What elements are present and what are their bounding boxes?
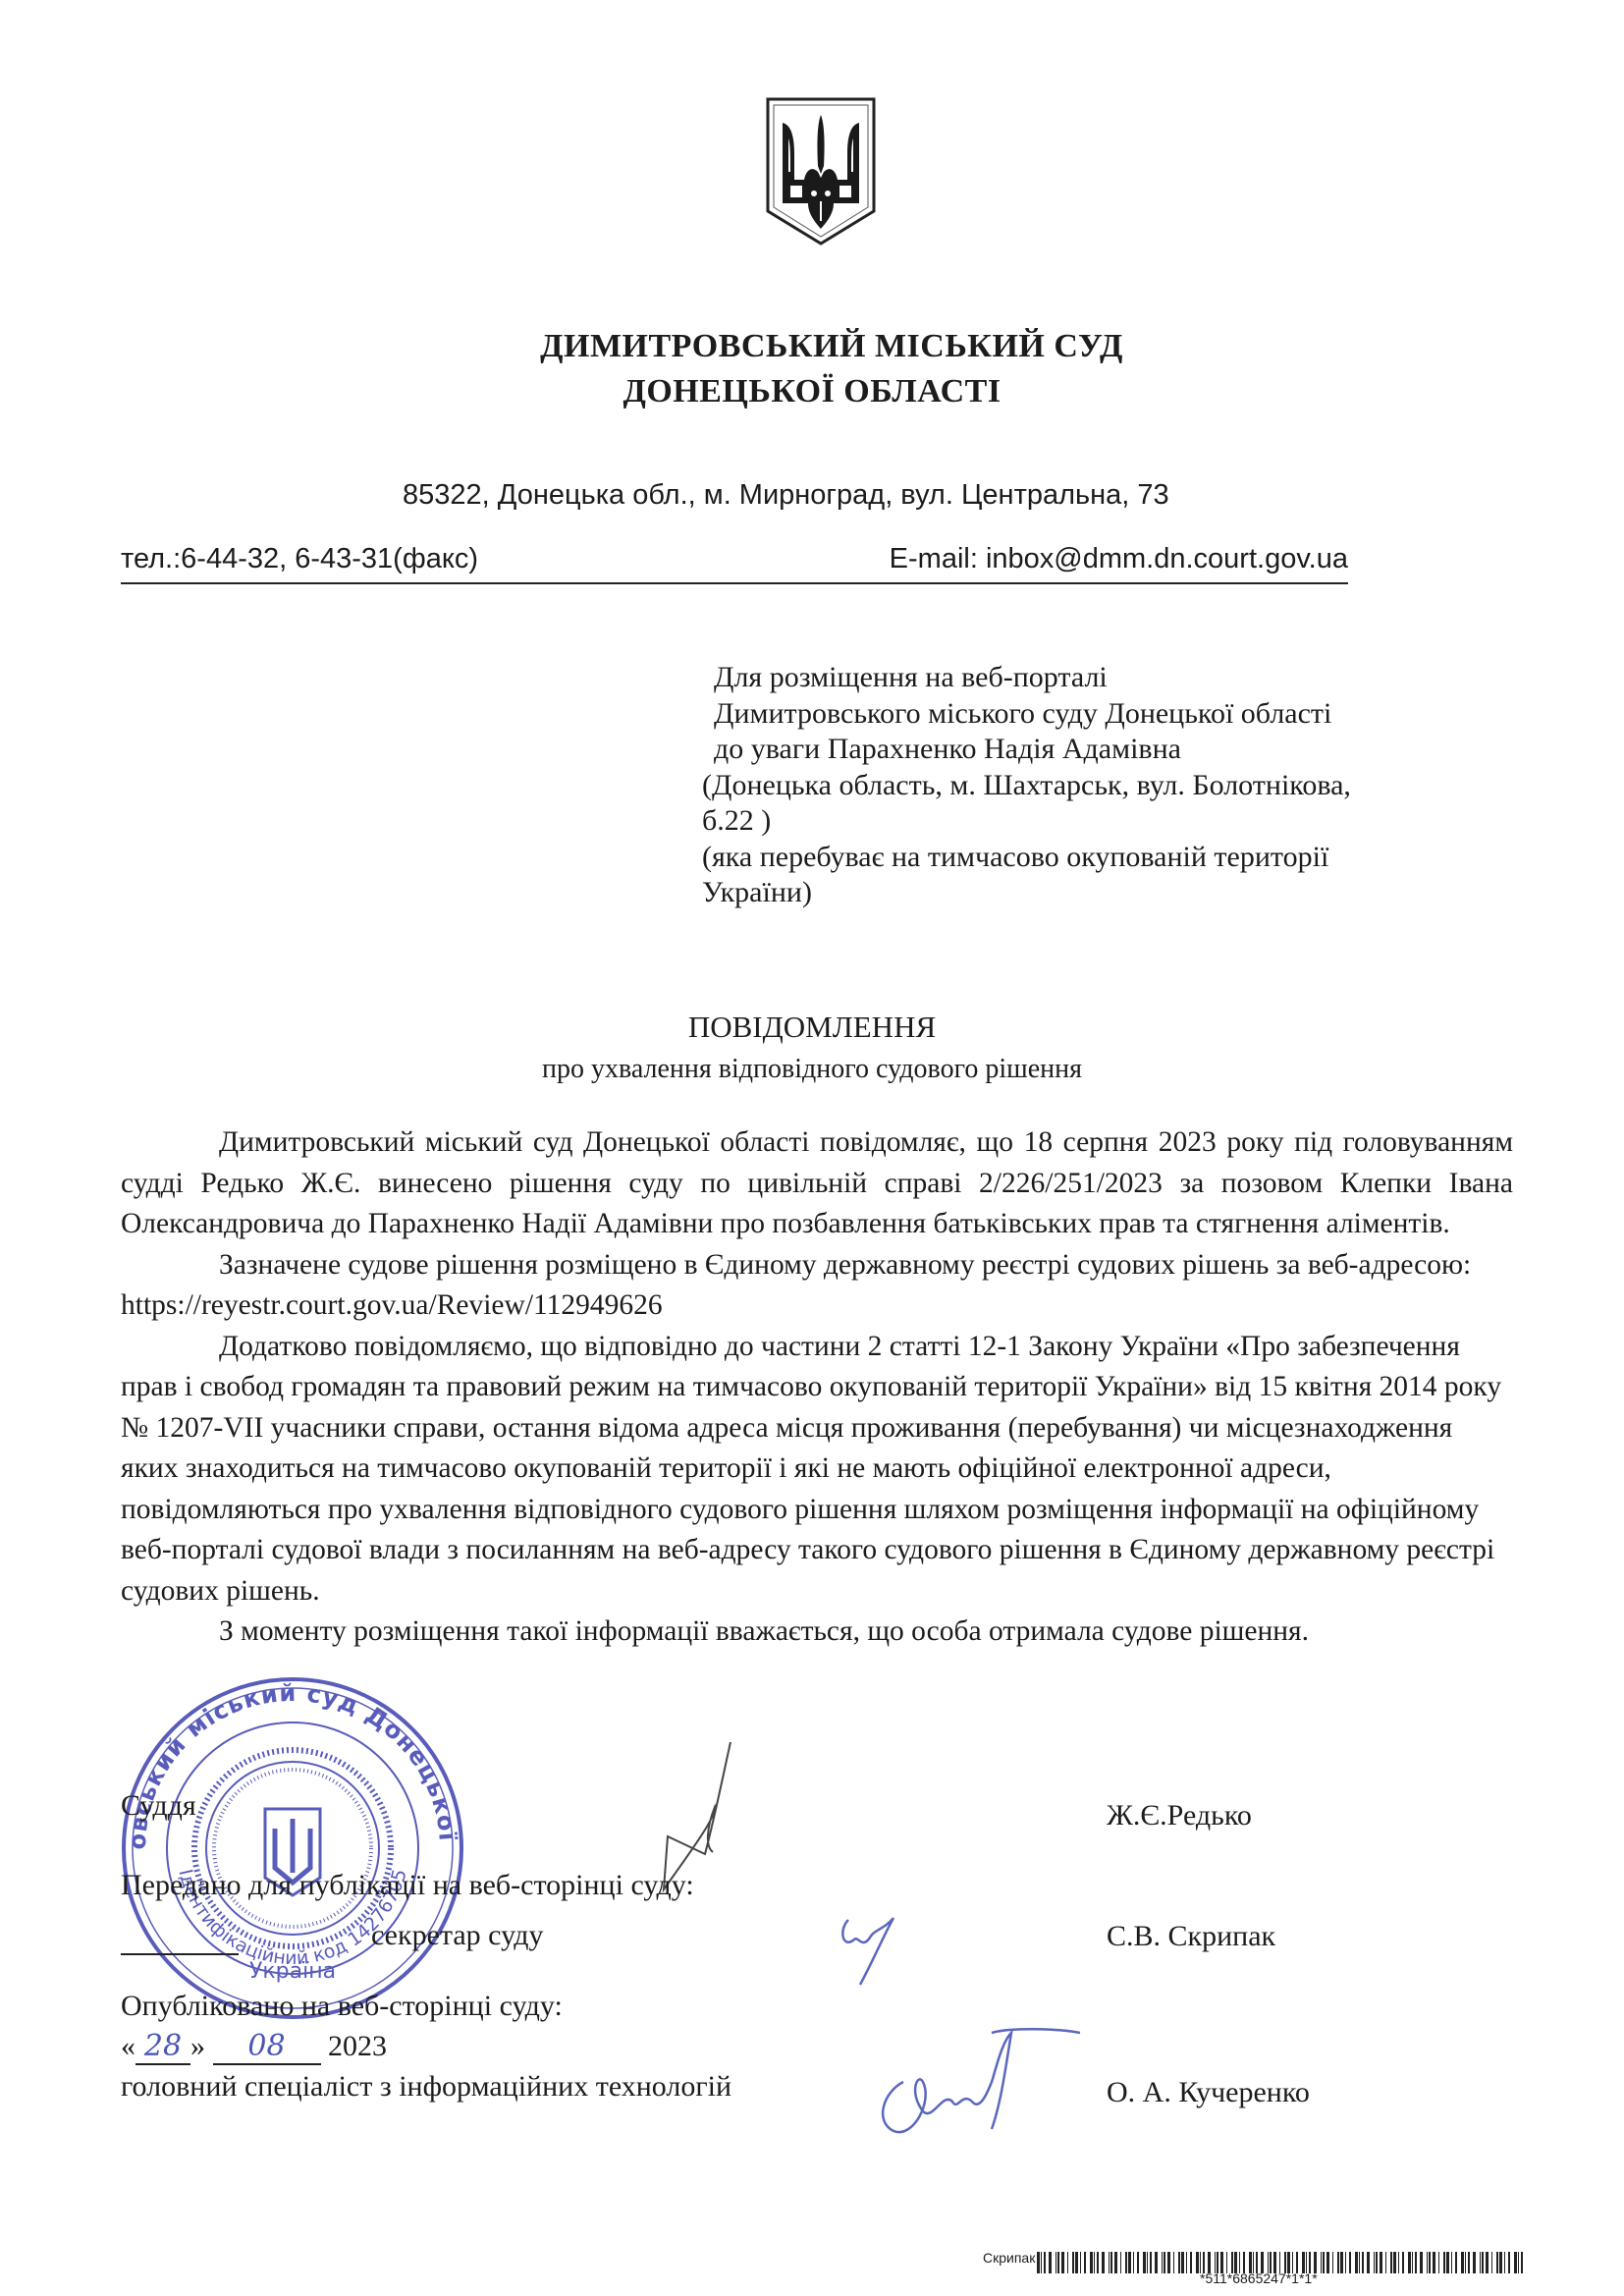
secretary-label: секретар суду <box>371 1919 543 1952</box>
body-paragraph: Зазначене судове рішення розміщено в Єди… <box>121 1245 1513 1327</box>
published-month: 08 <box>213 2029 321 2065</box>
recipient-block: Для розміщення на веб-порталі Димитровсь… <box>702 660 1351 911</box>
notice-title: ПОВІДОМЛЕННЯ <box>0 1010 1624 1045</box>
court-name: ДИМИТРОВСЬКИЙ МІСЬКИЙ СУД ДОНЕЦЬКОЇ ОБЛА… <box>0 324 1624 414</box>
secretary-signature-icon <box>835 1910 913 1989</box>
published-date: «28» 08 2023 <box>121 2029 387 2065</box>
published-label: Опубліковано на веб-сторінці суду: <box>121 1990 563 2023</box>
judge-name: Ж.Є.Редько <box>1107 1799 1252 1832</box>
transferred-label: Передано для публікації на веб-сторінці … <box>121 1869 694 1902</box>
barcode-label: Скрипак <box>983 2250 1035 2266</box>
recipient-line: (Донецька область, м. Шахтарськ, вул. Бо… <box>702 768 1351 804</box>
recipient-line: України) <box>702 875 1351 911</box>
court-address: 85322, Донецька обл., м. Мирноград, вул.… <box>403 479 1169 512</box>
body-paragraph: З моменту розміщення такої інформації вв… <box>121 1612 1513 1653</box>
it-specialist-label: головний спеціаліст з інформаційних техн… <box>121 2070 731 2104</box>
recipient-line: (яка перебуває на тимчасово окупованій т… <box>702 840 1351 876</box>
svg-text:Україна: Україна <box>249 1959 336 1984</box>
body-paragraph: Димитровський міський суд Донецької обла… <box>121 1122 1513 1245</box>
it-specialist-signature-icon <box>864 2023 1090 2141</box>
phone-number: тел.:6-44-32, 6-43-31(факс) <box>121 543 478 575</box>
court-name-line2: ДОНЕЦЬКОЇ ОБЛАСТІ <box>0 369 1624 414</box>
recipient-line: б.22 ) <box>702 803 1351 840</box>
recipient-line: до уваги Парахненко Надія Адамівна <box>702 732 1351 768</box>
it-specialist-name: О. А. Кучеренко <box>1107 2076 1310 2109</box>
contacts-line: тел.:6-44-32, 6-43-31(факс) E-mail: inbo… <box>121 543 1348 584</box>
barcode-number: *511*6865247*1*1* <box>1200 2270 1318 2286</box>
court-stamp-icon: Димитровський міський суд Донецької обла… <box>116 1671 469 2025</box>
secretary-name: С.В. Скрипак <box>1107 1920 1275 1953</box>
recipient-line: Для розміщення на веб-порталі <box>702 660 1351 696</box>
ukraine-coat-of-arms-icon <box>765 95 877 246</box>
published-day: 28 <box>135 2029 190 2065</box>
email-address[interactable]: E-mail: inbox@dmm.dn.court.gov.ua <box>890 543 1348 575</box>
secretary-signature-line <box>121 1953 239 1955</box>
body-paragraph: Додатково повідомляємо, що відповідно до… <box>121 1327 1513 1613</box>
judge-label: Суддя <box>121 1789 196 1823</box>
recipient-line: Димитровського міського суду Донецької о… <box>702 696 1351 733</box>
published-year: 2023 <box>328 2030 387 2062</box>
court-name-line1: ДИМИТРОВСЬКИЙ МІСЬКИЙ СУД <box>0 324 1624 369</box>
notice-body: Димитровський міський суд Донецької обла… <box>121 1122 1513 1653</box>
notice-subtitle: про ухвалення відповідного судового ріше… <box>0 1054 1624 1085</box>
